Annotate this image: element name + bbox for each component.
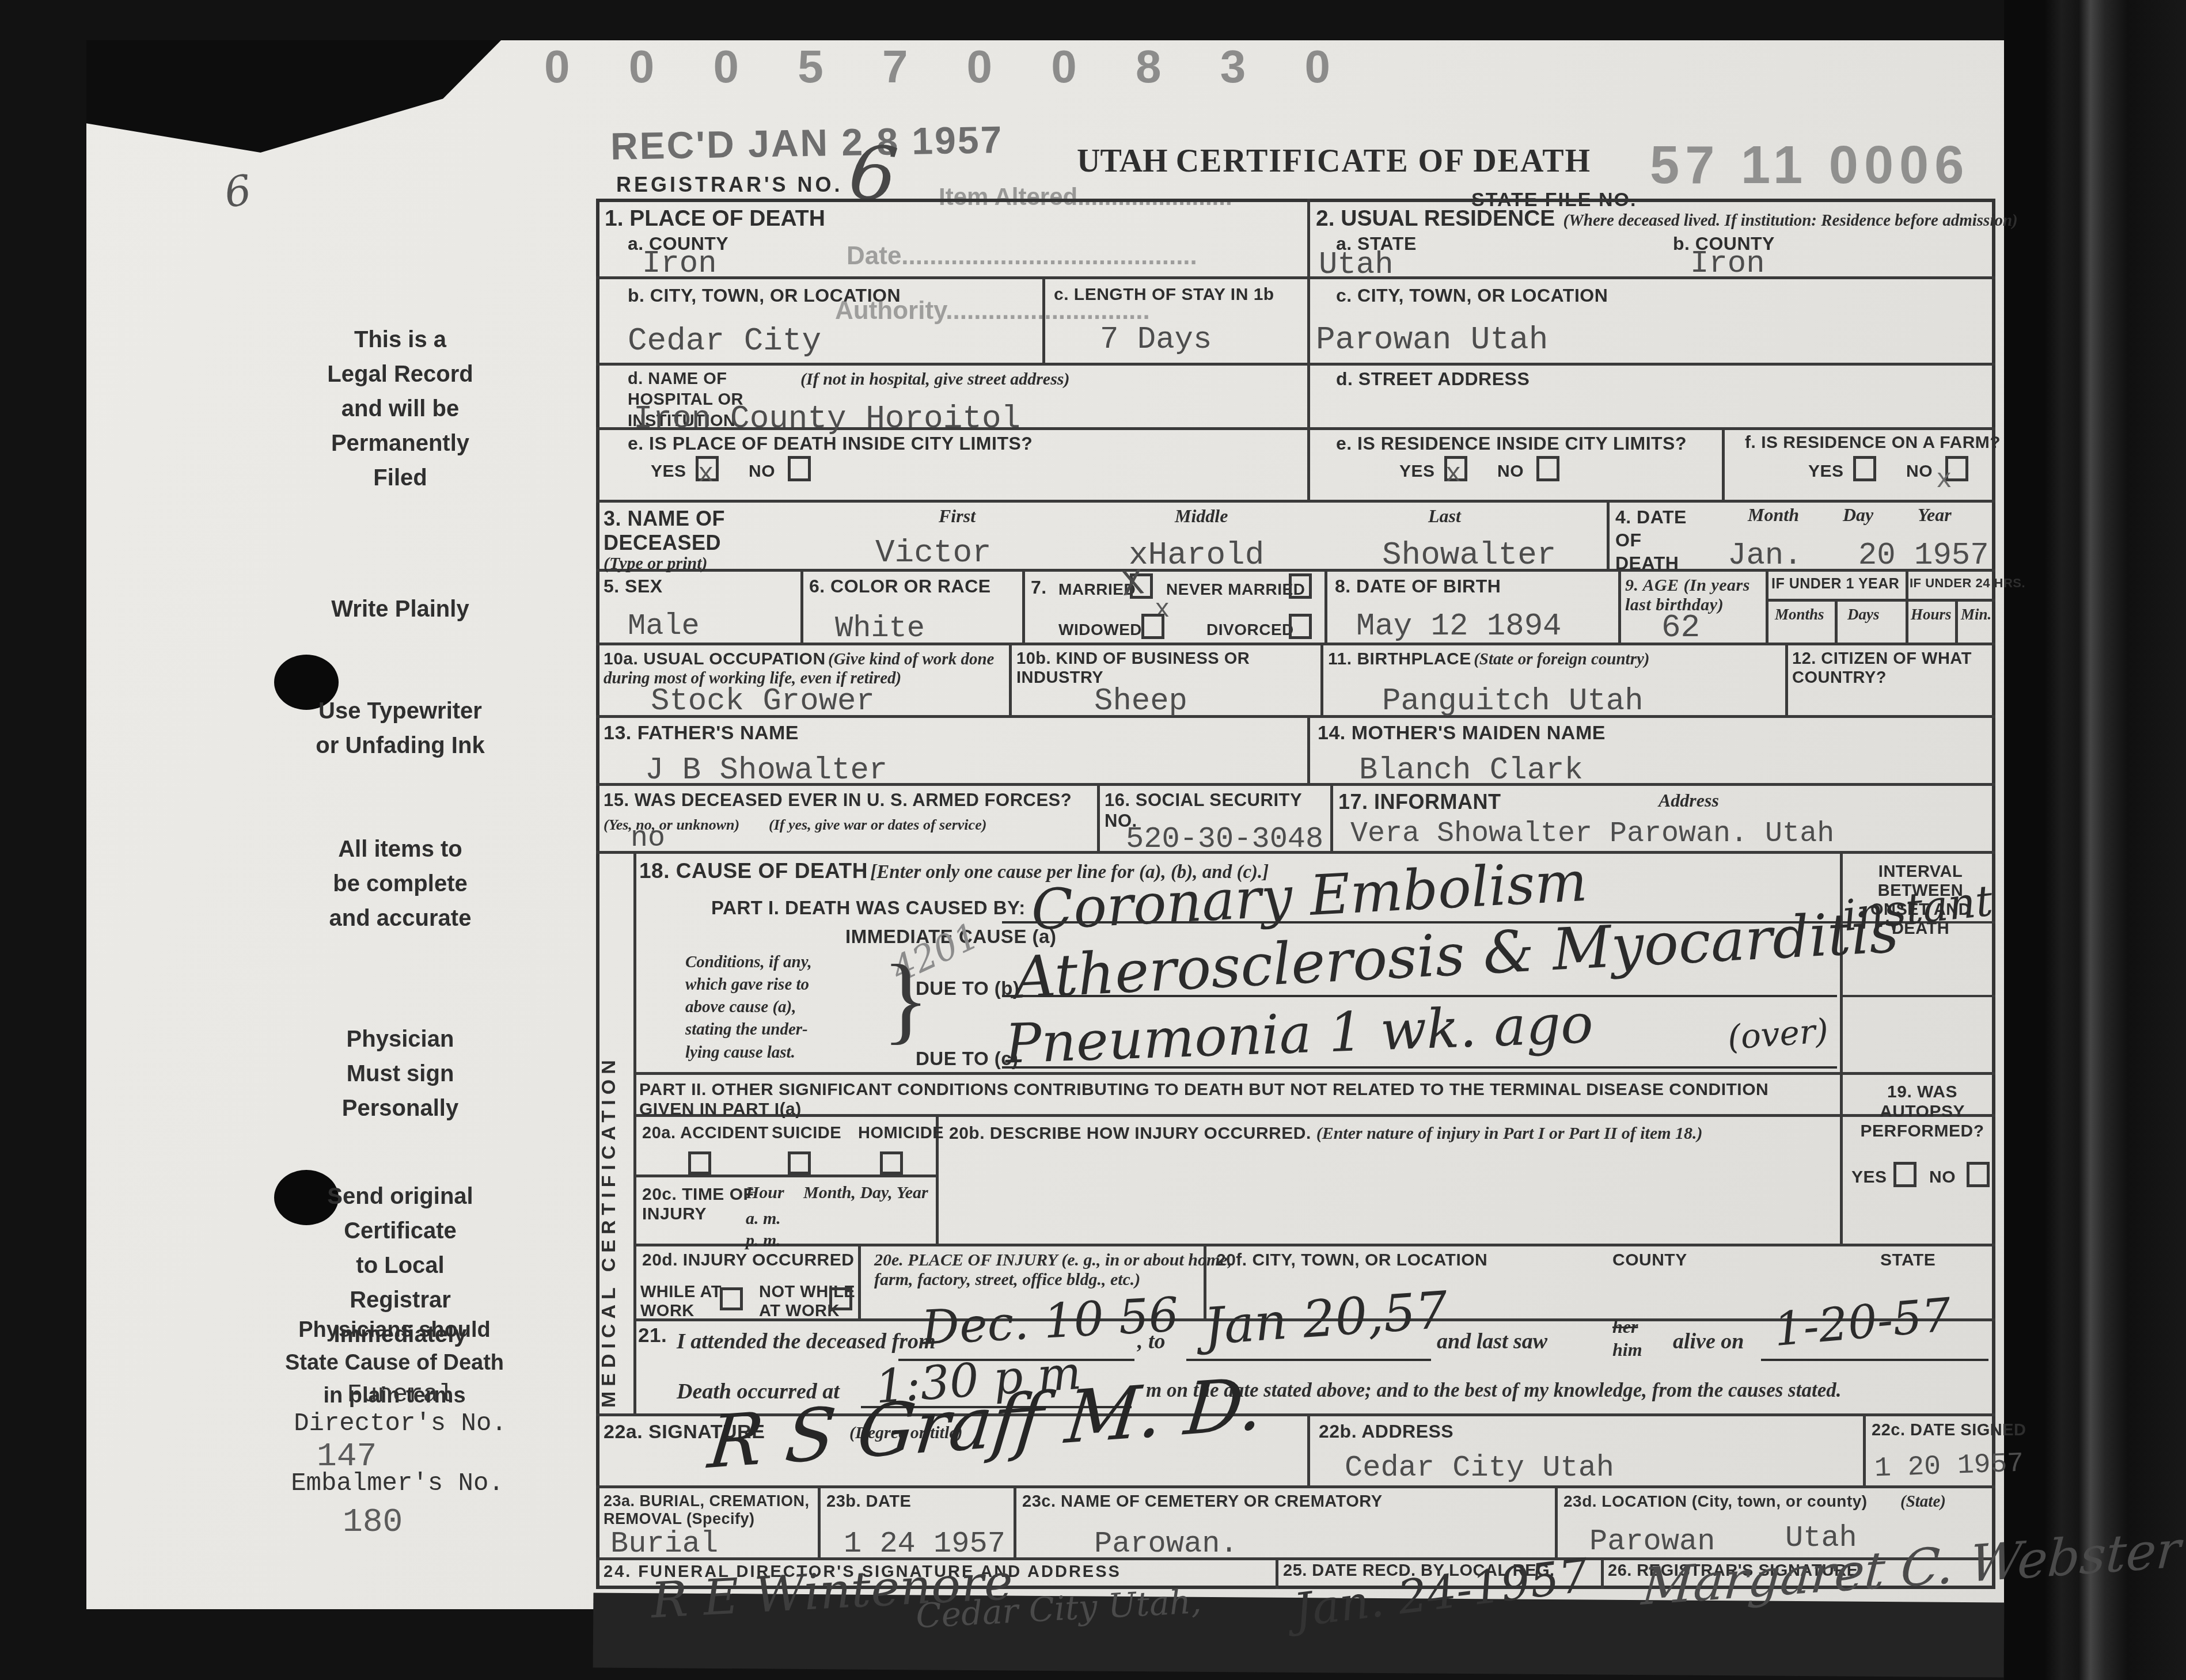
describe-injury-text: 20b. DESCRIBE HOW INJURY OCCURRED. [949,1124,1311,1143]
s1e-no-checkbox [788,456,811,481]
armed-forces-label: 15. WAS DECEASED EVER IN U. S. ARMED FOR… [604,790,1072,811]
last-name-value: Showalter [1382,537,1556,573]
never-married-label: NEVER MARRIED [1166,580,1305,599]
s2f-farm-label: f. IS RESIDENCE ON A FARM? [1745,433,2001,453]
grid-line [1766,599,1995,602]
occupation-value: Stock Grower [651,684,875,719]
grid-line [1330,783,1333,851]
if-under-24-hrs-label: IF UNDER 24 HRS. [1910,576,2025,591]
attended-text-1: I attended the deceased from [677,1329,936,1354]
stamped-serial-number: 0 0 0 5 7 0 0 8 3 0 [544,40,1353,93]
s2e-no-checkbox [1536,456,1559,481]
s1e-yes-mark: x [698,459,714,489]
cause-line-b [1002,995,1837,997]
describe-injury-hint: (Enter nature of injury in Part I or Par… [1316,1124,1703,1143]
hours-header: Hours [1911,606,1952,624]
grid-line [1722,427,1725,500]
injury-state-header: STATE [1880,1251,1935,1270]
occupation-label: 10a. USUAL OCCUPATION (Give kind of work… [604,649,1001,688]
grid-line [1097,783,1100,851]
physician-address-label: 22b. ADDRESS [1319,1421,1453,1442]
grid-line [1022,569,1025,643]
sex-value: Male [628,609,700,643]
injury-city-label: 20f. CITY, TOWN, OR LOCATION [1216,1251,1487,1270]
autopsy-yes-checkbox [1893,1162,1916,1187]
birthplace-value: Panguitch Utah [1382,684,1644,719]
s2e-yes-label: YES [1399,462,1435,481]
s2b-county-value: Iron [1690,246,1765,282]
usual-residence-title-text: 2. USUAL RESIDENCE [1316,206,1555,231]
armed-forces-hint2: (If yes, give war or dates of service) [769,816,986,834]
grid-line [1307,715,1310,783]
mothers-maiden-name-label: 14. MOTHER'S MAIDEN NAME [1318,722,1606,744]
received-date-stamp: REC'D JAN 2 8 1957 [610,117,1004,168]
cemetery-label: 23c. NAME OF CEMETERY OR CREMATORY [1022,1492,1383,1511]
hour-header: Hour [746,1183,784,1203]
describe-injury-label: 20b. DESCRIBE HOW INJURY OCCURRED. (Ente… [949,1124,1703,1143]
part2-label: PART II. OTHER SIGNIFICANT CONDITIONS CO… [639,1080,1826,1119]
grid-line [1618,569,1621,643]
physician-address-value: Cedar City Utah [1345,1451,1614,1485]
medical-certification-vertical-label: MEDICAL CERTIFICATION [598,1005,620,1408]
grid-line [596,363,1995,366]
s1c-length-label: c. LENGTH OF STAY IN 1b [1054,285,1274,305]
usual-residence-title: 2. USUAL RESIDENCE(Where deceased lived.… [1316,206,2018,231]
s1e-yes-label: YES [651,462,686,481]
middle-name-value: xHarold [1129,537,1264,573]
married-mark: X [1119,563,1146,607]
part1-label: PART I. DEATH WAS CAUSED BY: [711,897,1026,919]
date-of-death-value: Jan. 20 1957 [1728,538,1989,573]
accident-label: 20a. ACCIDENT [642,1124,769,1143]
grid-line [596,500,1995,503]
s2e-yes-mark: x [1445,459,1462,489]
grid-line [596,276,1995,279]
grid-line [596,1485,1995,1488]
burial-date-label: 23b. DATE [826,1492,911,1511]
grid-line [1009,643,1012,715]
homicide-label: HOMICIDE [858,1124,944,1143]
s1e-citylimits-label: e. IS PLACE OF DEATH INSIDE CITY LIMITS? [628,433,1033,454]
him-text: him [1612,1339,1642,1360]
s2e-citylimits-label: e. IS RESIDENCE INSIDE CITY LIMITS? [1336,433,1687,454]
s1b-city-value: Cedar City [628,322,821,359]
last-saw-text: and last saw [1437,1329,1547,1354]
injury-county-header: COUNTY [1612,1251,1687,1270]
grid-line [1307,199,1310,500]
over-note: (over) [1726,1011,1830,1057]
usual-residence-hint: (Where deceased lived. If institution: R… [1563,211,2017,230]
color-race-value: White [835,611,925,645]
s2f-no-mark: x [1936,465,1952,495]
min-header: Min. [1961,606,1991,624]
homicide-checkbox [880,1151,903,1175]
occupation-label-text: 10a. USUAL OCCUPATION [604,649,826,668]
margin-note-legal-record: This is a Legal Record and will be Perma… [248,322,553,495]
grid-line [633,1244,1995,1246]
date-of-birth-label: 8. DATE OF BIRTH [1335,576,1501,597]
registrars-no-label: REGISTRAR'S NO. [616,173,843,197]
birthplace-hint: (State or foreign country) [1474,650,1649,668]
grid-line [1601,1557,1604,1589]
month-header: Month [1748,504,1799,526]
s2f-yes-checkbox [1853,456,1876,481]
suicide-checkbox [788,1151,811,1175]
conditions-note: Conditions, if any, which gave rise to a… [685,951,812,1064]
autopsy-no-label: NO [1929,1168,1956,1187]
s2f-yes-label: YES [1808,462,1844,481]
s2d-street-label: d. STREET ADDRESS [1336,368,1530,390]
s2f-no-label: NO [1906,462,1933,481]
grid-line [1276,1557,1278,1589]
margin-note-typewriter: Use Typewriter or Unfading Ink [230,694,570,763]
s1d-hospital-value: Iron County Horoitol [633,400,1020,437]
type-or-print-hint: (Type or print) [604,554,708,573]
funeral-directors-no-label: Funeral Director's No. [248,1381,553,1438]
business-value: Sheep [1094,684,1187,719]
am-label: a. m. [746,1209,781,1229]
date-stamp: Date....................................… [847,242,1197,271]
ssn-value: 520-30-3048 [1126,822,1323,856]
middle-header: Middle [1175,505,1228,527]
sex-label: 5. SEX [604,576,663,597]
fathers-name-label: 13. FATHER'S NAME [604,722,799,744]
never-married-checkbox [1289,573,1312,599]
her-struck: her [1612,1316,1638,1337]
burial-value: Burial [610,1527,718,1561]
time-of-injury-label: 20c. TIME OF INJURY [642,1185,754,1224]
grid-line [633,851,636,1413]
grid-line [1840,995,1995,997]
attended-text-2: , to [1137,1329,1166,1354]
divorced-checkbox [1289,614,1312,639]
s2c-city-value: Parowan Utah [1316,321,1548,358]
date-of-birth-value: May 12 1894 [1356,609,1561,644]
cause-of-death-title-text: 18. CAUSE OF DEATH [639,859,868,883]
location-label: 23d. LOCATION (City, town, or county) [1563,1492,1868,1511]
s2a-state-value: Utah [1319,248,1394,283]
cause-line-c [1002,1066,1837,1069]
grid-line [1320,643,1323,715]
cemetery-value: Parowan. [1094,1527,1238,1561]
grid-line [633,1175,936,1177]
if-under-1-year-label: IF UNDER 1 YEAR [1771,576,1899,592]
grid-line [633,1072,1995,1075]
grid-line [818,1485,821,1557]
mdy-header: Month, Day, Year [803,1183,928,1203]
grid-line [1863,1413,1866,1485]
not-while-at-work-checkbox [829,1287,852,1310]
state-file-no-value: 57 11 0006 [1650,135,1969,196]
first-name-value: Victor [875,534,992,571]
divorced-label: DIVORCED [1206,621,1294,639]
form-title-rest: CERTIFICATE OF DEATH [1176,143,1592,179]
s2e-no-label: NO [1497,462,1524,481]
days-header: Days [1847,606,1880,624]
grid-line [1955,599,1958,643]
margin-note-physician-sign: Physician Must sign Personally [248,1022,553,1126]
grid-line [1785,643,1788,715]
s1c-length-value: 7 Days [1100,322,1212,358]
grid-line [1607,500,1610,569]
s2c-city-label: c. CITY, TOWN, OR LOCATION [1336,285,1608,306]
mothers-maiden-name-value: Blanch Clark [1359,753,1583,788]
first-header: First [939,505,976,527]
citizen-label: 12. CITIZEN OF WHAT COUNTRY? [1792,649,1991,687]
item7-number: 7. [1031,577,1047,598]
widowed-checkbox [1141,614,1164,639]
burial-label: 23a. BURIAL, CREMATION, REMOVAL (Specify… [604,1492,810,1528]
s1d-hospital-hint: (If not in hospital, give street address… [800,370,1070,389]
s1e-no-label: NO [749,462,775,481]
location-state-header: (State) [1900,1492,1946,1511]
place-of-injury-label: 20e. PLACE OF INJURY (e. g., in or about… [874,1251,1232,1290]
informant-label: 17. INFORMANT [1338,790,1501,814]
margin-note-write-plainly: Write Plainly [248,592,553,626]
location-label-text: 23d. LOCATION (City, town, or county) [1563,1492,1868,1510]
alive-on-text: alive on [1673,1329,1744,1354]
grid-line [1766,569,1768,643]
day-header: Day [1843,504,1873,526]
grid-line [1014,1485,1016,1557]
place-of-death-title: 1. PLACE OF DEATH [605,206,825,231]
grid-line [1906,569,1908,643]
embalmers-no-value: 180 [343,1504,403,1541]
last-header: Last [1428,505,1461,527]
age-value: 62 [1661,609,1700,646]
business-label: 10b. KIND OF BUSINESS OR INDUSTRY [1016,649,1316,687]
birthplace-label-text: 11. BIRTHPLACE [1328,649,1471,668]
s1a-county-value: Iron [642,246,717,282]
date-signed-label: 22c. DATE SIGNED [1872,1421,2026,1440]
embalmers-no-label: Embalmer's No. [242,1469,553,1498]
while-at-work-label: WHILE AT WORK [640,1283,722,1321]
form-title: UTAH CERTIFICATE OF DEATH [1077,143,1591,180]
suicide-label: SUICIDE [772,1124,841,1143]
year-header: Year [1918,504,1952,526]
widowed-label: WIDOWED [1058,621,1142,639]
blank-line [1761,1359,1988,1361]
grid-line [1835,599,1838,643]
informant-value: Vera Showalter Parowan. Utah [1350,818,1834,850]
form-title-utah: UTAH [1077,143,1168,179]
date-of-death-label: 4. DATE OF DEATH [1615,505,1687,575]
months-header: Months [1775,606,1824,624]
date-signed-value: 1 20 1957 [1874,1448,2024,1484]
grid-line [800,569,803,643]
autopsy-no-checkbox [1967,1162,1990,1187]
autopsy-label: 19. WAS AUTOPSY PERFORMED? [1859,1082,1986,1141]
accident-checkbox [688,1151,711,1175]
margin-note-complete: All items to be complete and accurate [248,832,553,936]
item21-number: 21. [638,1324,667,1347]
armed-forces-hint1: (Yes, no, or unknown) [604,816,739,834]
grid-line [1324,569,1327,643]
film-edge [2004,0,2186,1680]
color-race-label: 6. COLOR OR RACE [809,576,991,597]
pm-label: p. m. [746,1231,781,1251]
armed-forces-value: no [631,822,665,855]
grid-line [858,1244,861,1318]
informant-address-header: Address [1659,790,1719,811]
birthplace-label: 11. BIRTHPLACE (State or foreign country… [1328,649,1777,669]
while-at-work-checkbox [720,1287,743,1310]
fathers-name-value: J B Showalter [645,753,887,788]
name-of-deceased-label: 3. NAME OF DECEASED [604,507,725,555]
grid-line [1555,1485,1558,1557]
blank-line [1186,1359,1431,1361]
autopsy-yes-label: YES [1851,1168,1887,1187]
injury-occurred-label: 20d. INJURY OCCURRED [642,1251,854,1270]
grid-line [1307,1413,1310,1485]
